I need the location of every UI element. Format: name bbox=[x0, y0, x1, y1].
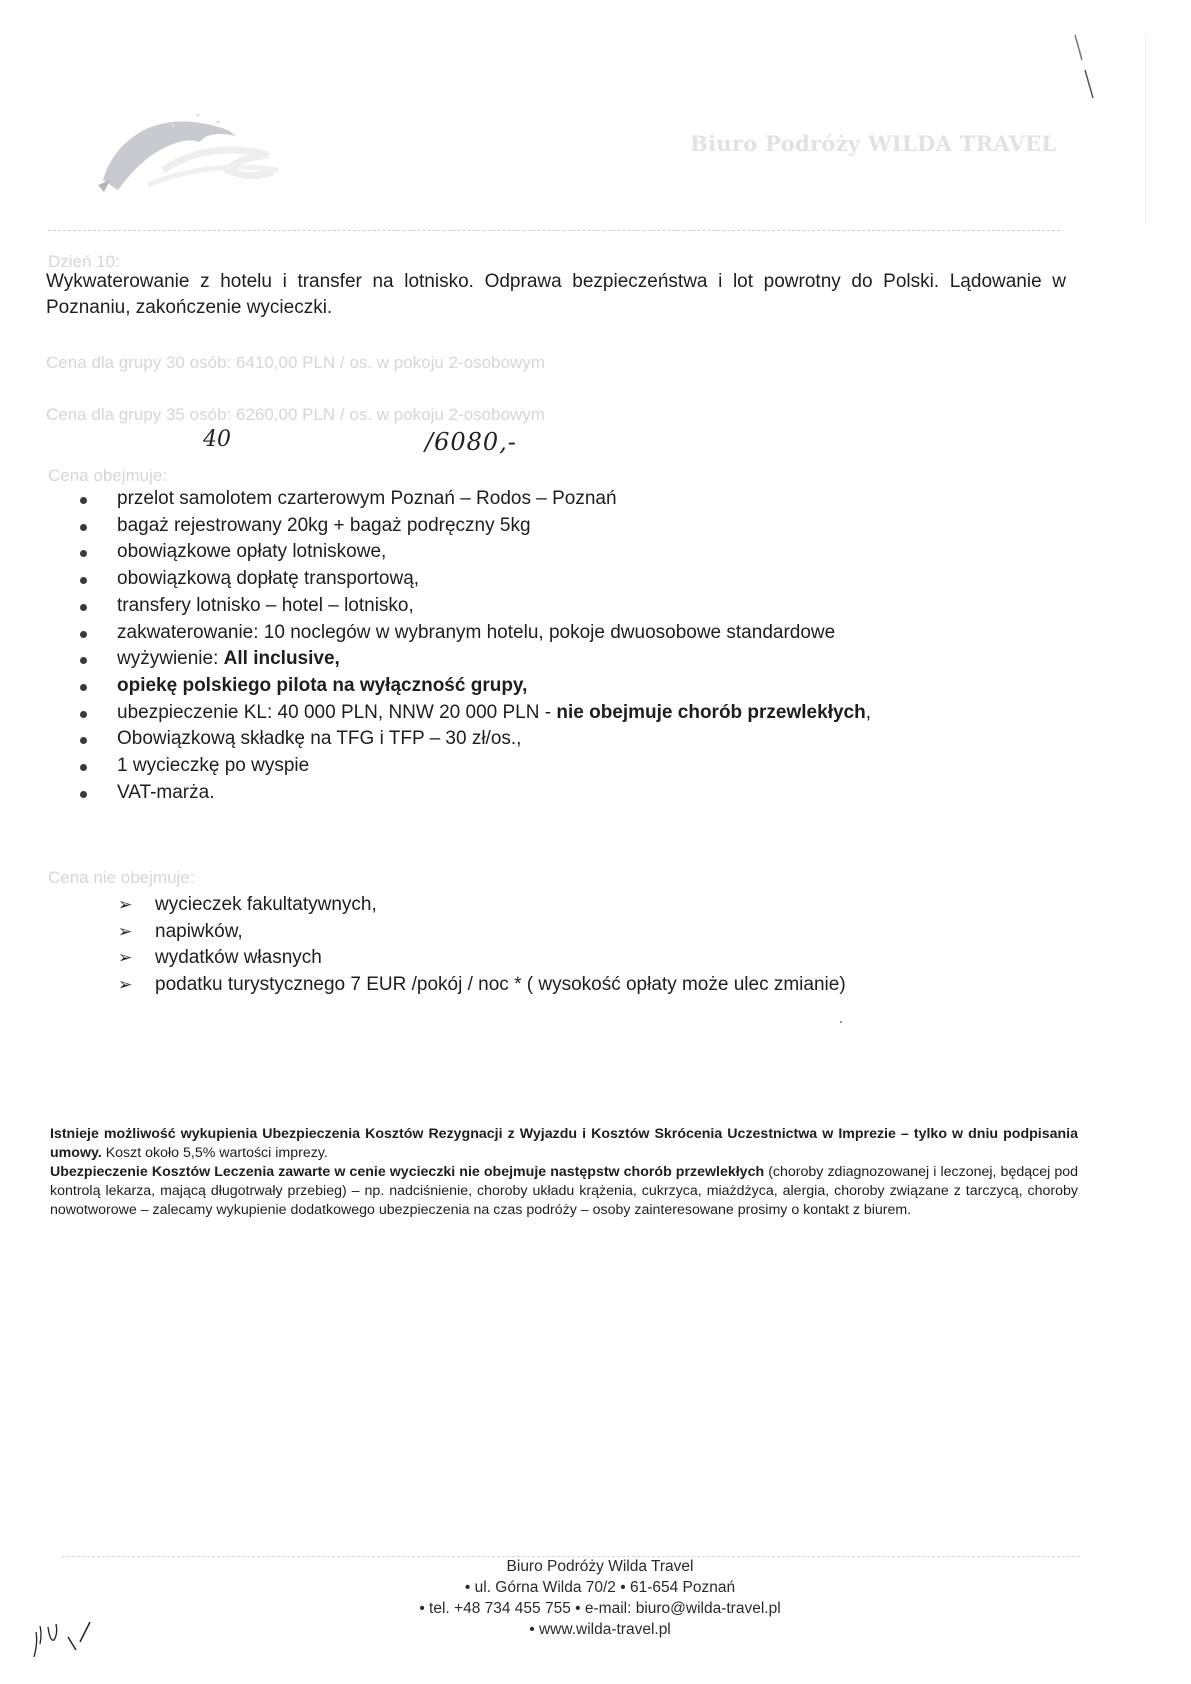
includes-item: przelot samolotem czarterowym Poznań – R… bbox=[80, 486, 1072, 513]
includes-item: zakwaterowanie: 10 noclegów w wybranym h… bbox=[80, 620, 1072, 647]
includes-item: Obowiązkową składkę na TFG i TFP – 30 zł… bbox=[80, 726, 1072, 753]
footer-website: • www.wilda-travel.pl bbox=[350, 1619, 850, 1640]
includes-item-text: VAT-marża. bbox=[117, 782, 214, 803]
includes-item-bold: nie obejmuje chorób przewlekłych bbox=[556, 702, 865, 723]
arrow-bullet-icon: ➢ bbox=[118, 892, 132, 919]
bullet-icon bbox=[80, 577, 87, 584]
bullet-icon bbox=[80, 764, 87, 771]
includes-item: wyżywienie: All inclusive, bbox=[80, 646, 1072, 673]
footer-contact: Biuro Podróży Wilda Travel • ul. Górna W… bbox=[350, 1556, 850, 1640]
excludes-item-text: wydatków własnych bbox=[155, 947, 322, 968]
price-group-30: Cena dla grupy 30 osób: 6410,00 PLN / os… bbox=[46, 353, 545, 373]
includes-item-text: transfery lotnisko – hotel – lotnisko, bbox=[117, 595, 414, 616]
includes-item-text: obowiązkowe opłaty lotniskowe, bbox=[117, 541, 386, 562]
scan-speck bbox=[840, 1021, 842, 1023]
includes-item-text: 1 wycieczkę po wyspie bbox=[117, 755, 309, 776]
insurance-note-medical: Ubezpieczenie Kosztów Leczenia zawarte w… bbox=[50, 1163, 1078, 1220]
includes-item: bagaż rejestrowany 20kg + bagaż podręczn… bbox=[80, 513, 1072, 540]
includes-item: opiekę polskiego pilota na wyłączność gr… bbox=[80, 673, 1072, 700]
excludes-list: ➢wycieczek fakultatywnych,➢napiwków,➢wyd… bbox=[118, 892, 1078, 998]
scan-edge-line bbox=[1145, 35, 1146, 225]
bullet-icon bbox=[80, 684, 87, 691]
dolphin-waves-logo-icon bbox=[88, 100, 288, 200]
includes-item-prefix: ubezpieczenie KL: 40 000 PLN, NNW 20 000… bbox=[117, 702, 556, 723]
includes-item-text: bagaż rejestrowany 20kg + bagaż podręczn… bbox=[117, 515, 531, 536]
includes-item: 1 wycieczkę po wyspie bbox=[80, 753, 1072, 780]
excludes-item: ➢wydatków własnych bbox=[118, 945, 1078, 972]
includes-item: transfery lotnisko – hotel – lotnisko, bbox=[80, 593, 1072, 620]
excludes-item-text: podatku turystycznego 7 EUR /pokój / noc… bbox=[155, 974, 846, 995]
excludes-item: ➢wycieczek fakultatywnych, bbox=[118, 892, 1078, 919]
includes-item: ubezpieczenie KL: 40 000 PLN, NNW 20 000… bbox=[80, 700, 1072, 727]
excludes-item-text: napiwków, bbox=[155, 921, 243, 942]
excludes-item: ➢podatku turystycznego 7 EUR /pokój / no… bbox=[118, 972, 1078, 999]
bullet-icon bbox=[80, 550, 87, 557]
arrow-bullet-icon: ➢ bbox=[118, 972, 132, 999]
day-description: Wykwaterowanie z hotelu i transfer na lo… bbox=[46, 269, 1066, 321]
includes-item: obowiązkową dopłatę transportową, bbox=[80, 566, 1072, 593]
bullet-icon bbox=[80, 604, 87, 611]
bullet-icon bbox=[80, 711, 87, 718]
bullet-icon bbox=[80, 657, 87, 664]
excludes-heading: Cena nie obejmuje: bbox=[48, 868, 194, 888]
includes-item: VAT-marża. bbox=[80, 780, 1072, 807]
bullet-icon bbox=[80, 497, 87, 504]
bullet-icon bbox=[80, 791, 87, 798]
includes-heading: Cena obejmuje: bbox=[48, 466, 167, 486]
footer-company: Biuro Podróży Wilda Travel bbox=[350, 1556, 850, 1577]
bullet-icon bbox=[80, 737, 87, 744]
excludes-item: ➢napiwków, bbox=[118, 919, 1078, 946]
handwritten-group-size: 40 bbox=[203, 427, 231, 452]
includes-item-bold: opiekę polskiego pilota na wyłączność gr… bbox=[117, 675, 527, 696]
includes-item-suffix: , bbox=[866, 702, 871, 723]
excludes-item-text: wycieczek fakultatywnych, bbox=[155, 894, 377, 915]
includes-item-bold: All inclusive, bbox=[224, 648, 340, 669]
handwritten-initials-icon bbox=[28, 1612, 98, 1662]
includes-item-text: Obowiązkową składkę na TFG i TFP – 30 zł… bbox=[117, 728, 521, 749]
insurance-note-cancellation: Istnieje możliwość wykupienia Ubezpiecze… bbox=[50, 1125, 1078, 1163]
bullet-icon bbox=[80, 631, 87, 638]
header-divider bbox=[48, 230, 1060, 231]
includes-list: przelot samolotem czarterowym Poznań – R… bbox=[80, 486, 1072, 806]
handwritten-amount: /6080,- bbox=[425, 428, 517, 456]
pen-mark-icon bbox=[1065, 30, 1105, 110]
price-group-35: Cena dla grupy 35 osób: 6260,00 PLN / os… bbox=[46, 405, 545, 425]
includes-item-prefix: wyżywienie: bbox=[117, 648, 224, 669]
includes-item-text: obowiązkową dopłatę transportową, bbox=[117, 568, 419, 589]
arrow-bullet-icon: ➢ bbox=[118, 945, 132, 972]
includes-item: obowiązkowe opłaty lotniskowe, bbox=[80, 539, 1072, 566]
note-2-bold: Ubezpieczenie Kosztów Leczenia zawarte w… bbox=[50, 1164, 764, 1180]
company-header-title: Biuro Podróży WILDA TRAVEL bbox=[690, 131, 1057, 156]
includes-item-text: zakwaterowanie: 10 noclegów w wybranym h… bbox=[117, 622, 835, 643]
footer-address: • ul. Górna Wilda 70/2 • 61-654 Poznań bbox=[350, 1577, 850, 1598]
includes-item-text: przelot samolotem czarterowym Poznań – R… bbox=[117, 488, 617, 509]
footer-contact-line: • tel. +48 734 455 755 • e-mail: biuro@w… bbox=[350, 1598, 850, 1619]
note-1-regular: Koszt około 5,5% wartości imprezy. bbox=[102, 1145, 328, 1161]
bullet-icon bbox=[80, 524, 87, 531]
arrow-bullet-icon: ➢ bbox=[118, 919, 132, 946]
